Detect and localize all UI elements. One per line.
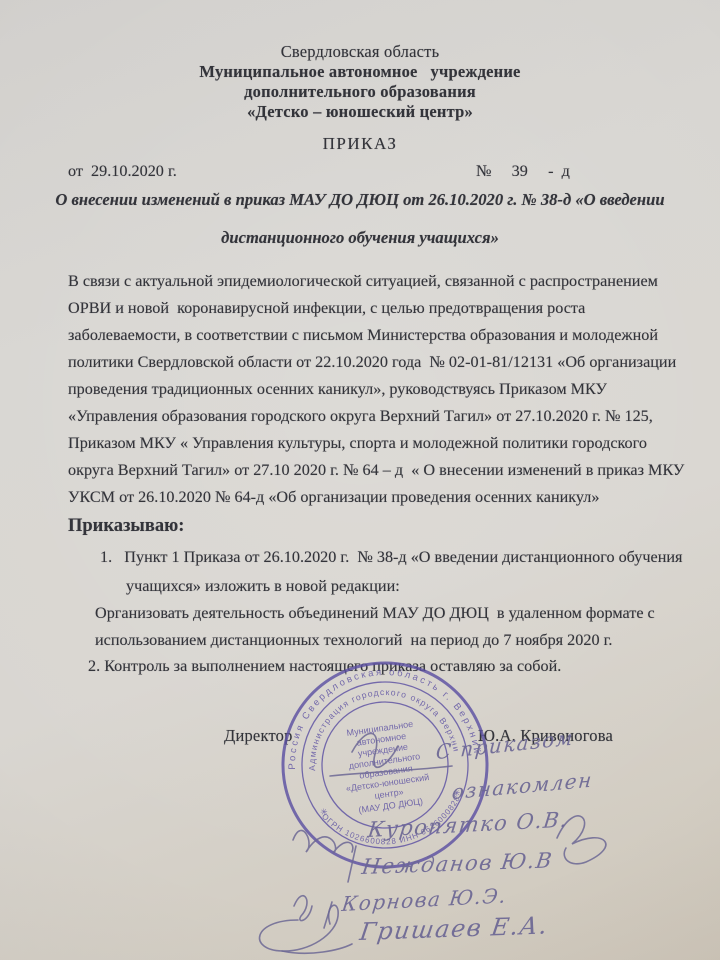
body-line: заболеваемости, в соответствии с письмом… (68, 326, 658, 345)
order-number: № 39 - д (476, 162, 570, 181)
signature-flourish-3 (294, 896, 312, 921)
item-1-line-3: Организовать деятельность объединений МА… (95, 604, 655, 623)
document-type-title: ПРИКАЗ (0, 134, 720, 154)
signature-flourish-4 (260, 905, 339, 951)
item-1-line-1: 1. Пункт 1 Приказа от 26.10.2020 г. № 38… (100, 548, 683, 567)
item-1-line-4: использованием дистанционных технологий … (95, 631, 612, 650)
body-line: округа Верхний Тагил» от 27.10 2020 г. №… (68, 461, 684, 480)
photographed-order-document: Свердловская область Муниципальное автон… (0, 0, 720, 960)
org-name-line-1: Муниципальное автономное учреждение (0, 62, 720, 82)
body-line: проведения традиционных осенних каникул»… (68, 380, 607, 399)
subject-line-1: О внесении изменений в приказ МАУ ДО ДЮЦ… (0, 190, 720, 210)
body-line: Приказом МКУ « Управления культуры, спор… (68, 434, 647, 453)
subject-line-2: дистанционного обучения учащихся» (0, 228, 720, 248)
body-line: В связи с актуальной эпидемиологической … (68, 272, 658, 291)
stamp-star-left: ✳ (320, 806, 329, 817)
org-name-line-2: дополнительного образования (0, 82, 720, 102)
body-line: УКСМ от 26.10.2020 № 64-д «Об организаци… (68, 488, 599, 507)
stamp-center-line: (МАУ ДО ДЮЦ) (358, 796, 424, 815)
signature-flourish-4b (282, 944, 352, 953)
handwritten-name-4: Гришаев Е.А. (358, 911, 550, 946)
order-date: от 29.10.2020 г. (68, 162, 177, 181)
order-word: Приказываю: (68, 516, 184, 537)
region-line: Свердловская область (0, 42, 720, 62)
body-line: ОРВИ и новой коронавирусной инфекции, с … (68, 299, 585, 318)
handwritten-name-3: Корнова Ю.Э. (341, 883, 509, 916)
signature-slash-3 (324, 902, 332, 928)
org-name-line-3: «Детско – юношеский центр» (0, 102, 720, 122)
item-1-line-2: учащихся» изложить в новой редакции: (126, 577, 400, 596)
body-line: «Управления образования городского округ… (68, 407, 653, 426)
body-line: политики Свердловской области от 22.10.2… (68, 353, 676, 372)
